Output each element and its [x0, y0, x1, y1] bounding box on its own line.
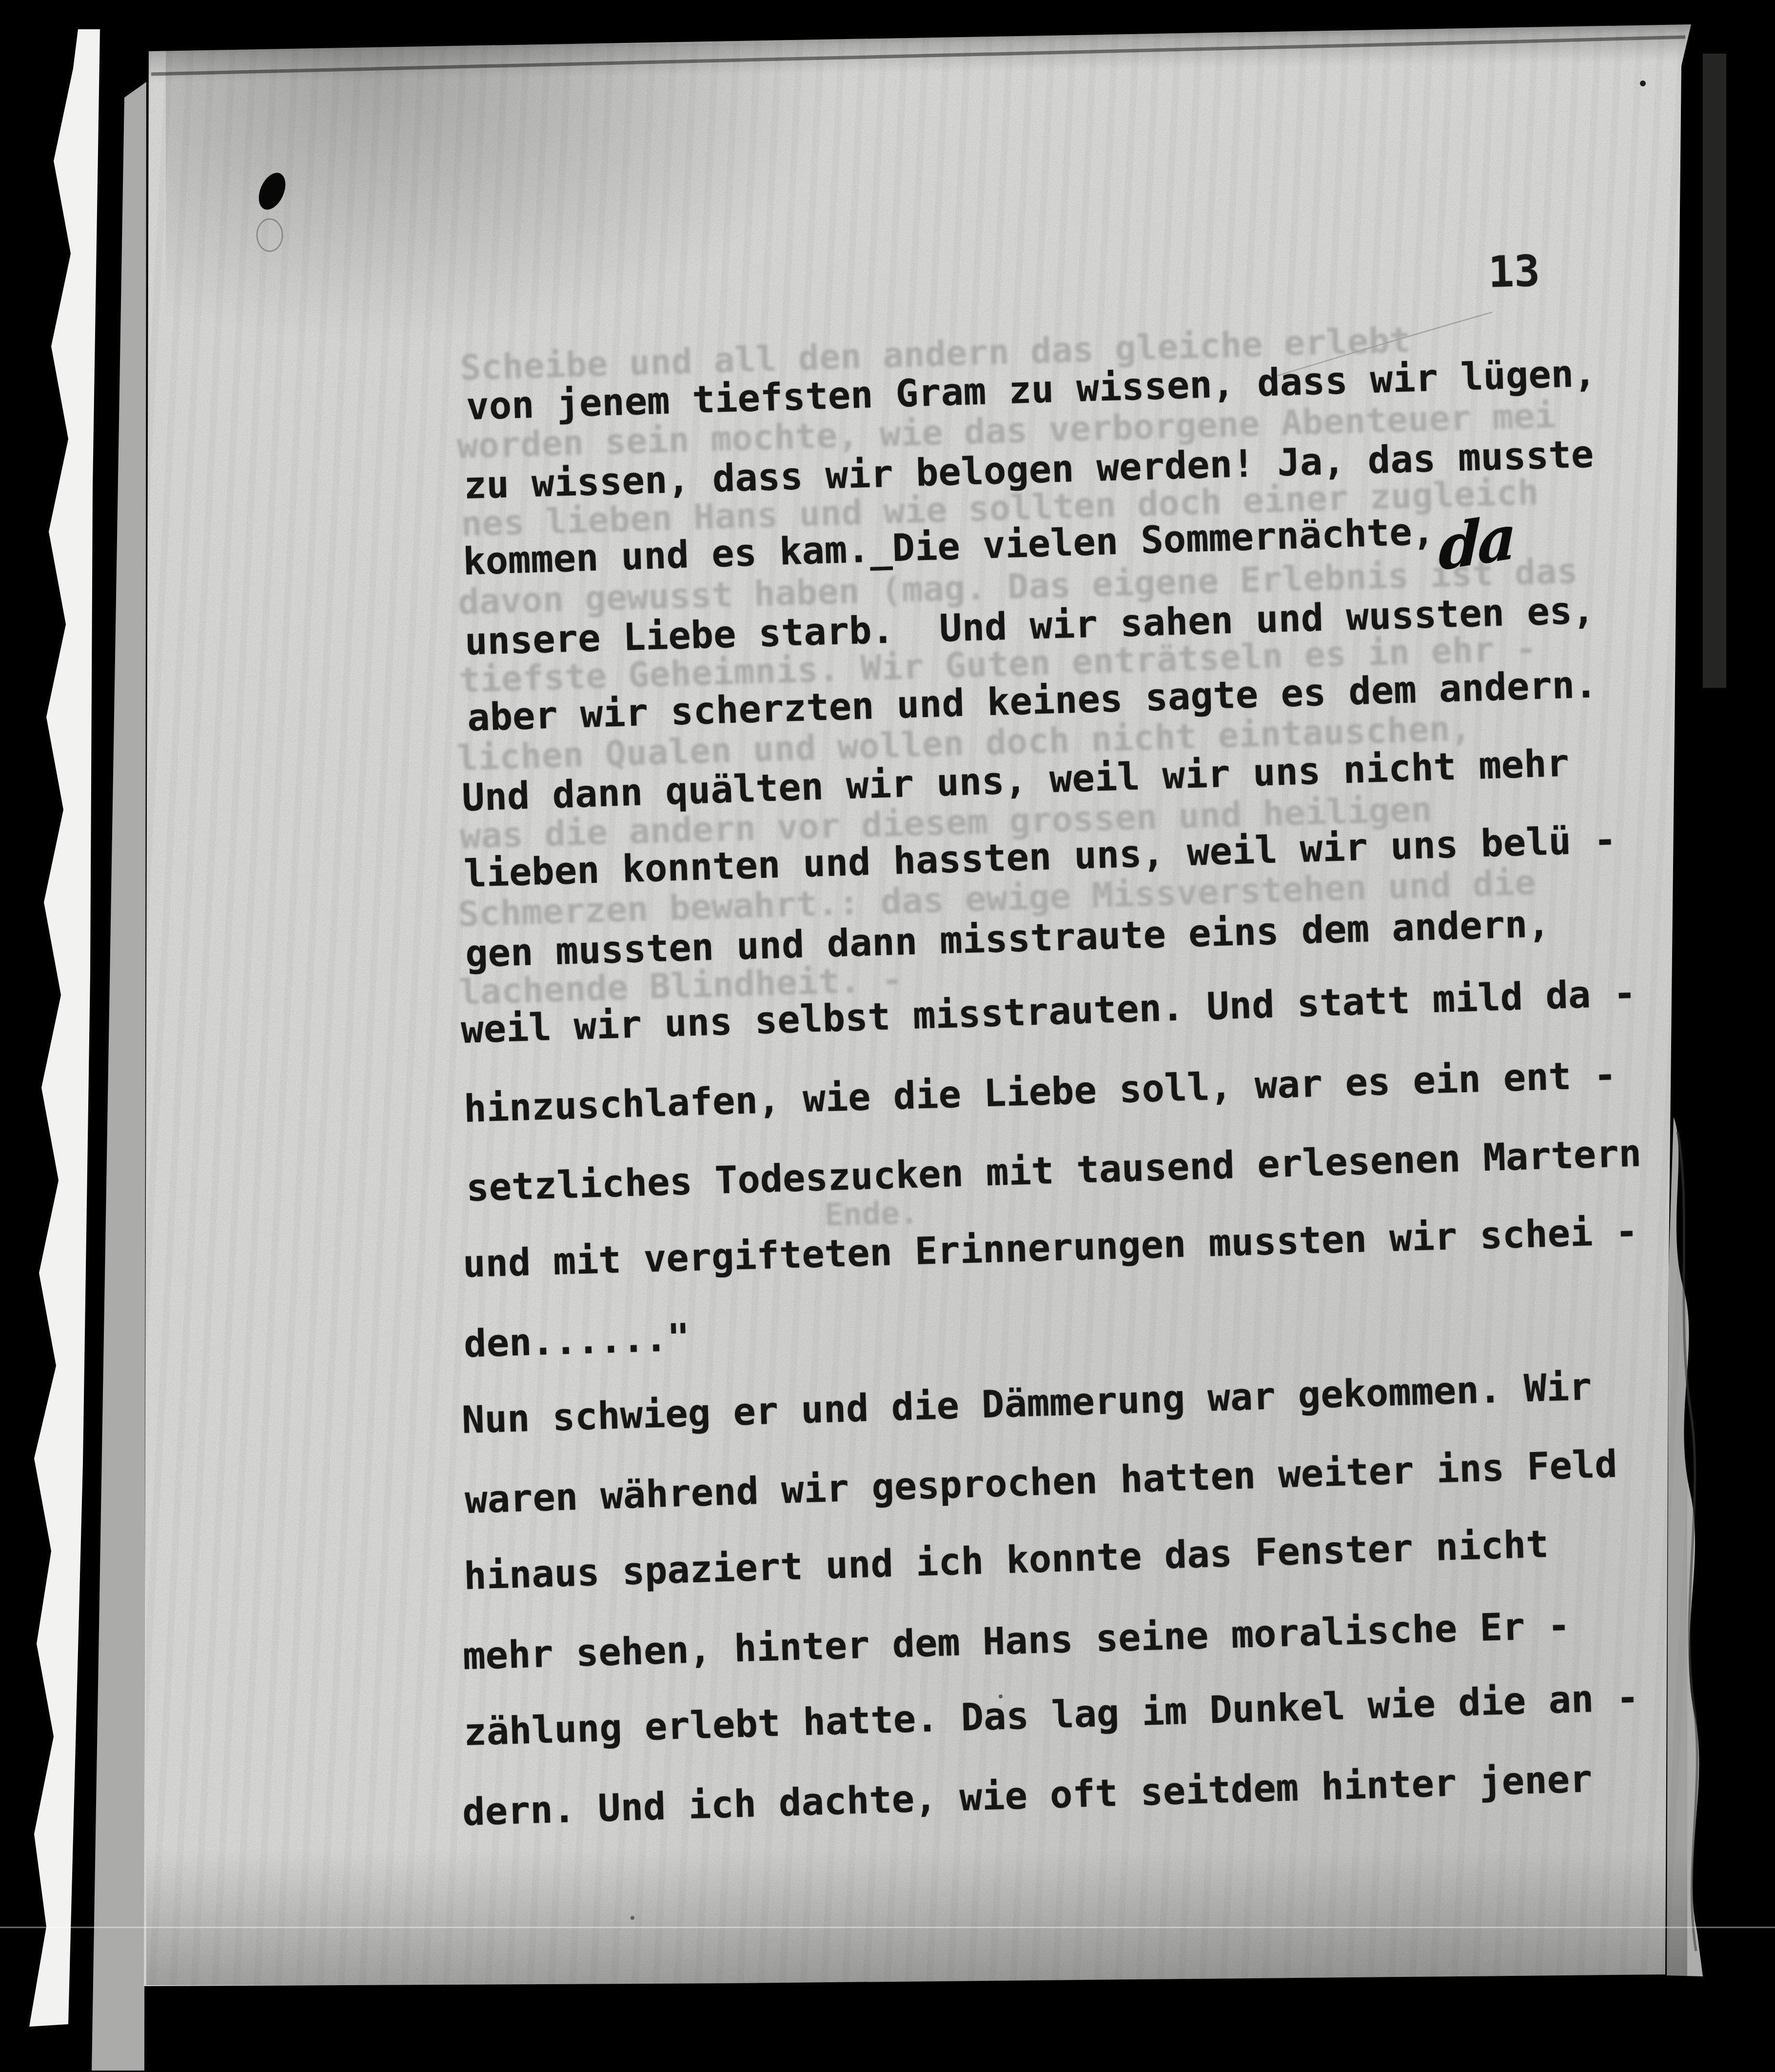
ghost-end-mark: Ende.	[824, 1195, 919, 1234]
page-number: 13	[1488, 246, 1541, 298]
right-edge-glow	[1703, 54, 1726, 688]
typed-line: den......"	[463, 1316, 690, 1366]
handwritten-word-da: da	[1438, 501, 1514, 585]
scanned-manuscript-page: 13 Scheibe und all den andern das gleich…	[0, 0, 1775, 2072]
